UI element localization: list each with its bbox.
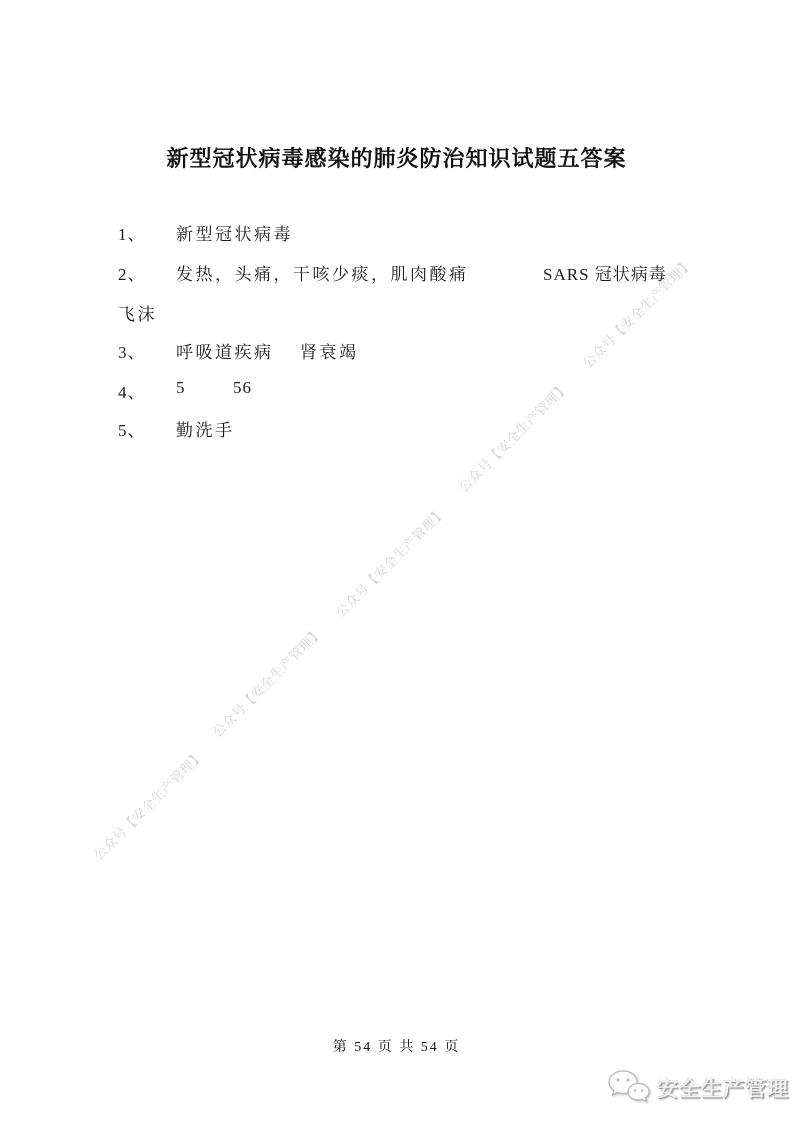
brand-footer: 安全生产管理	[606, 1068, 789, 1108]
page-number: 第 54 页 共 54 页	[0, 1036, 793, 1056]
answer-text: 5	[176, 378, 186, 398]
brand-name: 安全生产管理	[657, 1073, 789, 1103]
wechat-icon	[606, 1068, 650, 1108]
answer-text: 新型冠状病毒	[176, 220, 293, 245]
answer-number: 4、	[118, 378, 146, 403]
answer-text: 呼吸道疾病	[176, 338, 274, 363]
answer-line: 4、 5 56	[0, 378, 793, 408]
answer-text-continuation: 飞沫	[118, 300, 157, 325]
answer-line: 2、 发热，头痛，干咳少痰，肌肉酸痛 SARS 冠状病毒	[0, 260, 793, 290]
answer-text: 肾衰竭	[300, 338, 359, 363]
document-page: 公众号【安全生产管理】 公众号【安全生产管理】 公众号【安全生产管理】 公众号【…	[0, 0, 793, 1122]
answer-line: 5、 勤洗手	[0, 416, 793, 446]
answer-number: 3、	[118, 338, 146, 363]
answer-number: 1、	[118, 220, 146, 245]
answer-line: 飞沫	[0, 300, 793, 330]
answer-number: 5、	[118, 416, 146, 441]
answer-line: 1、 新型冠状病毒	[0, 220, 793, 250]
answer-text: 56	[233, 378, 252, 398]
answers-section: 1、 新型冠状病毒 2、 发热，头痛，干咳少痰，肌肉酸痛 SARS 冠状病毒 飞…	[0, 0, 793, 1122]
answer-text: 勤洗手	[176, 416, 235, 441]
answer-text: SARS 冠状病毒	[543, 260, 667, 285]
answer-text: 发热，头痛，干咳少痰，肌肉酸痛	[176, 260, 469, 285]
answer-number: 2、	[118, 260, 146, 285]
answer-line: 3、 呼吸道疾病 肾衰竭	[0, 338, 793, 368]
